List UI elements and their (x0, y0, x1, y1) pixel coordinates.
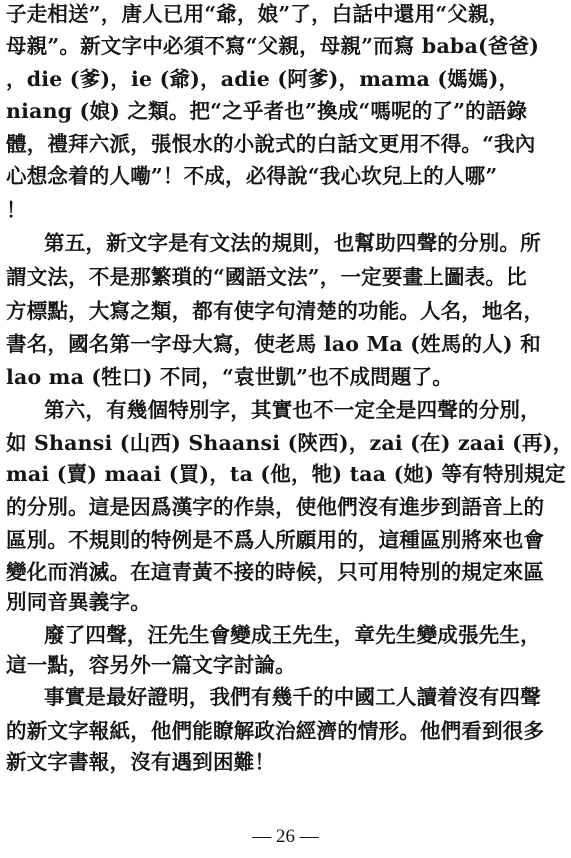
text-line: ！ (6, 197, 566, 223)
text-line: 心想念着的人嘞”！不成，必得說“我心坎兒上的人哪” (6, 163, 566, 189)
text-line: 的新文字報紙，他們能瞭解政治經濟的情形。他們看到很多 (6, 718, 566, 744)
paragraph-start-line: 第六，有幾個特別字，其實也不一定全是四聲的分別， (44, 397, 566, 423)
paragraph-start-line: 廢了四聲，汪先生會變成王先生，章先生變成張先生， (44, 622, 566, 648)
text-line: 書名，國名第一字母大寫，使老馬 lao Ma (姓馬的人) 和 (6, 331, 566, 357)
text-line: 的分別。這是因爲漢字的作祟，使他們沒有進步到語音上的 (6, 494, 566, 520)
text-line: lao ma (牲口) 不同，“袁世凱”也不成問題了。 (6, 364, 566, 390)
text-line: 母親”。新文字中必須不寫“父親，母親”而寫 baba(爸爸) (6, 33, 566, 59)
text-line: 別同音異義字。 (6, 589, 566, 615)
text-line: 區別。不規則的特例是不爲人所願用的，這種區別將來也會 (6, 527, 566, 553)
page-number: — 26 — (0, 826, 571, 848)
text-line: 變化而消滅。在這青黃不接的時候，只可用特別的規定來區 (6, 559, 566, 585)
scanned-page: 子走相送”，唐人已用“爺，娘”了，白話中還用“父親， 母親”。新文字中必須不寫“… (0, 0, 571, 858)
paragraph-start-line: 事實是最好證明，我們有幾千的中國工人讀着沒有四聲 (44, 684, 566, 710)
text-line: ，die (爹)，ie (爺)，adie (阿爹)，mama (媽媽)， (6, 66, 566, 92)
text-line: 如 Shansi (山西) Shaansi (陝西)，zai (在) zaai … (6, 430, 566, 456)
text-line: mai (賣) maai (買)，ta (他，牠) taa (她) 等有特別規定 (6, 461, 566, 487)
text-line: 方標點，大寫之類，都有使字句清楚的功能。人名，地名， (6, 298, 566, 324)
text-line: 新文字書報，沒有遇到困難！ (6, 749, 566, 775)
text-line: 子走相送”，唐人已用“爺，娘”了，白話中還用“父親， (6, 1, 566, 27)
text-line: 謂文法，不是那繁瑣的“國語文法”，一定要畫上圖表。比 (6, 264, 566, 290)
text-line: niang (娘) 之類。把“之乎者也”換成“嗎呢的了”的語錄 (6, 98, 566, 124)
text-line: 這一點，容另外一篇文字討論。 (6, 652, 566, 678)
text-line: 體，禮拜六派，張恨水的小說式的白話文更用不得。“我內 (6, 131, 566, 157)
paragraph-start-line: 第五，新文字是有文法的規則，也幫助四聲的分別。所 (44, 230, 566, 256)
